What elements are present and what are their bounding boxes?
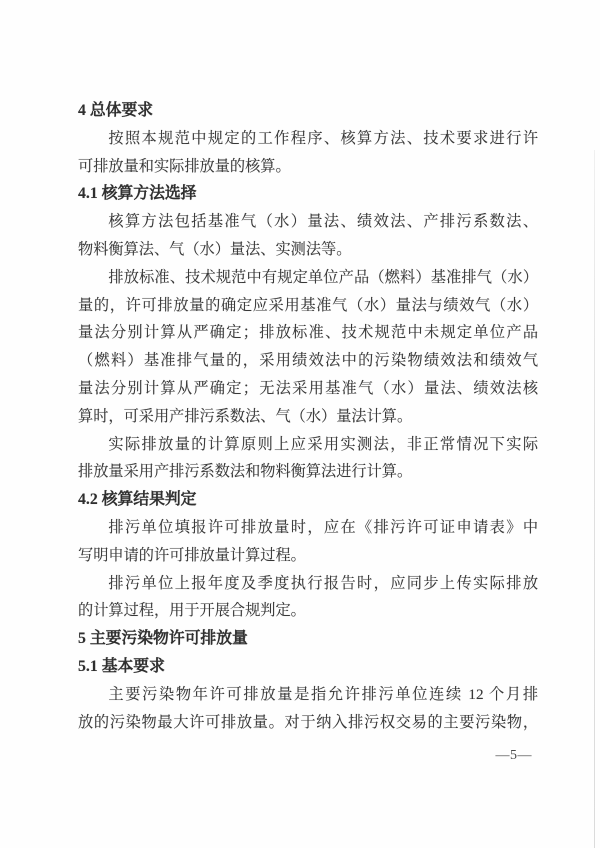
text-line: （燃料）基准排气量的，采用绩效法中的污染物绩效法和绩效气	[78, 347, 538, 375]
paragraph: 实际排放量的计算原则上应采用实测法，非正常情况下实际排放量采用产排污系数法和物料…	[78, 431, 538, 487]
text-line: 排放量采用产排污系数法和物料衡算法进行计算。	[78, 458, 538, 486]
scan-artifact-line	[594, 150, 595, 848]
text-line: 放的污染物最大许可排放量。对于纳入排污权交易的主要污染物，	[78, 709, 538, 737]
text-line: 按照本规范中规定的工作程序、核算方法、技术要求进行许	[78, 125, 538, 153]
paragraph: 核算方法包括基准气（水）量法、绩效法、产排污系数法、物料衡算法、气（水）量法、实…	[78, 208, 538, 264]
text-line: 算时，可采用产排污系数法、气（水）量法计算。	[78, 403, 538, 431]
text-line: 量的，许可排放量的确定应采用基准气（水）量法与绩效气（水）	[78, 292, 538, 320]
text-line: 排放标准、技术规范中有规定单位产品（燃料）基准排气（水）	[78, 264, 538, 292]
paragraph: 按照本规范中规定的工作程序、核算方法、技术要求进行许可排放量和实际排放量的核算。	[78, 125, 538, 181]
text-line: 核算方法包括基准气（水）量法、绩效法、产排污系数法、	[78, 208, 538, 236]
paragraph: 排放标准、技术规范中有规定单位产品（燃料）基准排气（水）量的，许可排放量的确定应…	[78, 264, 538, 431]
section-heading: 5 主要污染物许可排放量	[78, 625, 538, 653]
text-line: 量法分别计算从严确定；无法采用基准气（水）量法、绩效法核	[78, 375, 538, 403]
text-line: 排污单位上报年度及季度执行报告时，应同步上传实际排放	[78, 570, 538, 598]
paragraph: 排污单位填报许可排放量时，应在《排污许可证申请表》中写明申请的许可排放量计算过程…	[78, 514, 538, 570]
paragraph: 排污单位上报年度及季度执行报告时，应同步上传实际排放的计算过程，用于开展合规判定…	[78, 570, 538, 626]
section-heading: 4.2 核算结果判定	[78, 486, 538, 514]
text-line: 的计算过程，用于开展合规判定。	[78, 597, 538, 625]
paragraph: 主要污染物年许可排放量是指允许排污单位连续 12 个月排放的污染物最大许可排放量…	[78, 681, 538, 737]
text-line: 量法分别计算从严确定；排放标准、技术规范中未规定单位产品	[78, 319, 538, 347]
text-line: 排污单位填报许可排放量时，应在《排污许可证申请表》中	[78, 514, 538, 542]
text-line: 实际排放量的计算原则上应采用实测法，非正常情况下实际	[78, 431, 538, 459]
page-number: —5—	[78, 746, 532, 766]
section-heading: 4.1 核算方法选择	[78, 180, 538, 208]
section-heading: 5.1 基本要求	[78, 653, 538, 681]
text-line: 写明申请的许可排放量计算过程。	[78, 542, 538, 570]
document-page: 4 总体要求按照本规范中规定的工作程序、核算方法、技术要求进行许可排放量和实际排…	[0, 0, 600, 848]
text-line: 物料衡算法、气（水）量法、实测法等。	[78, 236, 538, 264]
document-body: 4 总体要求按照本规范中规定的工作程序、核算方法、技术要求进行许可排放量和实际排…	[78, 97, 538, 736]
text-line: 可排放量和实际排放量的核算。	[78, 153, 538, 181]
text-line: 主要污染物年许可排放量是指允许排污单位连续 12 个月排	[78, 681, 538, 709]
section-heading: 4 总体要求	[78, 97, 538, 125]
